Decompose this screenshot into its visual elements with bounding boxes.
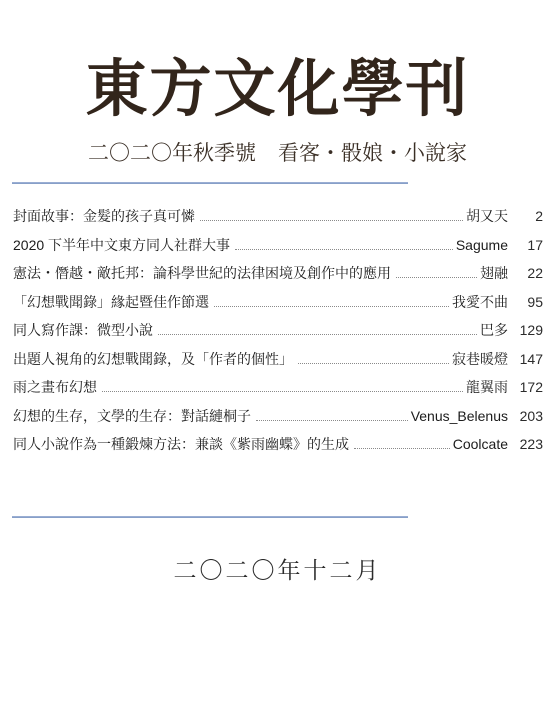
toc-entry-page: 22 xyxy=(513,265,543,281)
toc-entry: 幻想的生存，文學的生存：對話縺桐子 Venus_Belenus 203 xyxy=(13,406,543,435)
toc-entry-title: 同人寫作課：微型小說 xyxy=(13,320,153,340)
dot-leader xyxy=(396,277,477,278)
toc-entry-author: 寂巷暖燈 xyxy=(452,349,508,369)
dot-leader xyxy=(235,249,453,250)
toc-entry: 「幻想戰聞錄」緣起暨佳作節選 我愛不曲 95 xyxy=(13,292,543,321)
toc-entry: 2020 下半年中文東方同人社群大事 Sagume 17 xyxy=(13,235,543,264)
toc-entry-author: Venus_Belenus xyxy=(411,408,508,424)
publication-date: 二〇二〇年十二月 xyxy=(0,552,555,585)
toc-entry-author: 龍翼雨 xyxy=(466,377,508,397)
toc-entry-title: 出題人視角的幻想戰聞錄，及「作者的個性」 xyxy=(13,349,293,369)
toc-entry-author: 巴多 xyxy=(480,320,508,340)
dot-leader xyxy=(158,334,477,335)
toc-entry-title: 2020 下半年中文東方同人社群大事 xyxy=(13,235,230,255)
issue-theme-label: 看客・骰娘・小說家 xyxy=(278,141,467,165)
toc-entry-author: 我愛不曲 xyxy=(452,292,508,312)
toc-entry-page: 95 xyxy=(513,294,543,310)
toc-entry: 同人寫作課：微型小說 巴多 129 xyxy=(13,320,543,349)
toc-entry-author: Coolcate xyxy=(453,436,508,452)
bottom-divider-rule xyxy=(12,516,408,518)
toc-entry-author: 翅融 xyxy=(480,263,508,283)
dot-leader xyxy=(102,391,463,392)
toc-entry: 憲法・僭越・敵托邦：論科學世紀的法律困境及創作中的應用 翅融 22 xyxy=(13,263,543,292)
toc-entry-page: 172 xyxy=(513,379,543,395)
issue-label: 二〇二〇年秋季號 xyxy=(88,141,256,165)
issue-subtitle: 二〇二〇年秋季號看客・骰娘・小說家 xyxy=(0,137,555,167)
toc-entry: 封面故事：金髮的孩子真可憐 胡又天 2 xyxy=(13,206,543,235)
dot-leader xyxy=(298,363,449,364)
toc-entry: 同人小說作為一種鍛煉方法：兼談《紫雨幽蝶》的生成 Coolcate 223 xyxy=(13,434,543,463)
toc-entry-title: 憲法・僭越・敵托邦：論科學世紀的法律困境及創作中的應用 xyxy=(13,263,391,283)
toc-entry: 雨之畫布幻想 龍翼雨 172 xyxy=(13,377,543,406)
toc-entry-title: 封面故事：金髮的孩子真可憐 xyxy=(13,206,195,226)
dot-leader xyxy=(200,220,463,221)
toc-entry-title: 同人小說作為一種鍛煉方法：兼談《紫雨幽蝶》的生成 xyxy=(13,434,349,454)
toc-entry-page: 223 xyxy=(513,436,543,452)
toc-entry-page: 129 xyxy=(513,322,543,338)
toc-entry-page: 17 xyxy=(513,237,543,253)
journal-title: 東方文化學刊 xyxy=(0,0,555,135)
toc-entry-page: 2 xyxy=(513,208,543,224)
dot-leader xyxy=(256,420,408,421)
toc-entry-page: 203 xyxy=(513,408,543,424)
toc-entry-author: 胡又天 xyxy=(466,206,508,226)
toc-entry: 出題人視角的幻想戰聞錄，及「作者的個性」 寂巷暖燈 147 xyxy=(13,349,543,378)
toc-entry-title: 幻想的生存，文學的生存：對話縺桐子 xyxy=(13,406,251,426)
toc-entry-author: Sagume xyxy=(456,237,508,253)
toc-entry-title: 雨之畫布幻想 xyxy=(13,377,97,397)
toc-entry-title: 「幻想戰聞錄」緣起暨佳作節選 xyxy=(13,292,209,312)
toc-entry-page: 147 xyxy=(513,351,543,367)
dot-leader xyxy=(354,448,450,449)
journal-contents-page: 東方文化學刊 二〇二〇年秋季號看客・骰娘・小說家 封面故事：金髮的孩子真可憐 胡… xyxy=(0,0,555,704)
table-of-contents: 封面故事：金髮的孩子真可憐 胡又天 2 2020 下半年中文東方同人社群大事 S… xyxy=(13,184,543,463)
dot-leader xyxy=(214,306,449,307)
